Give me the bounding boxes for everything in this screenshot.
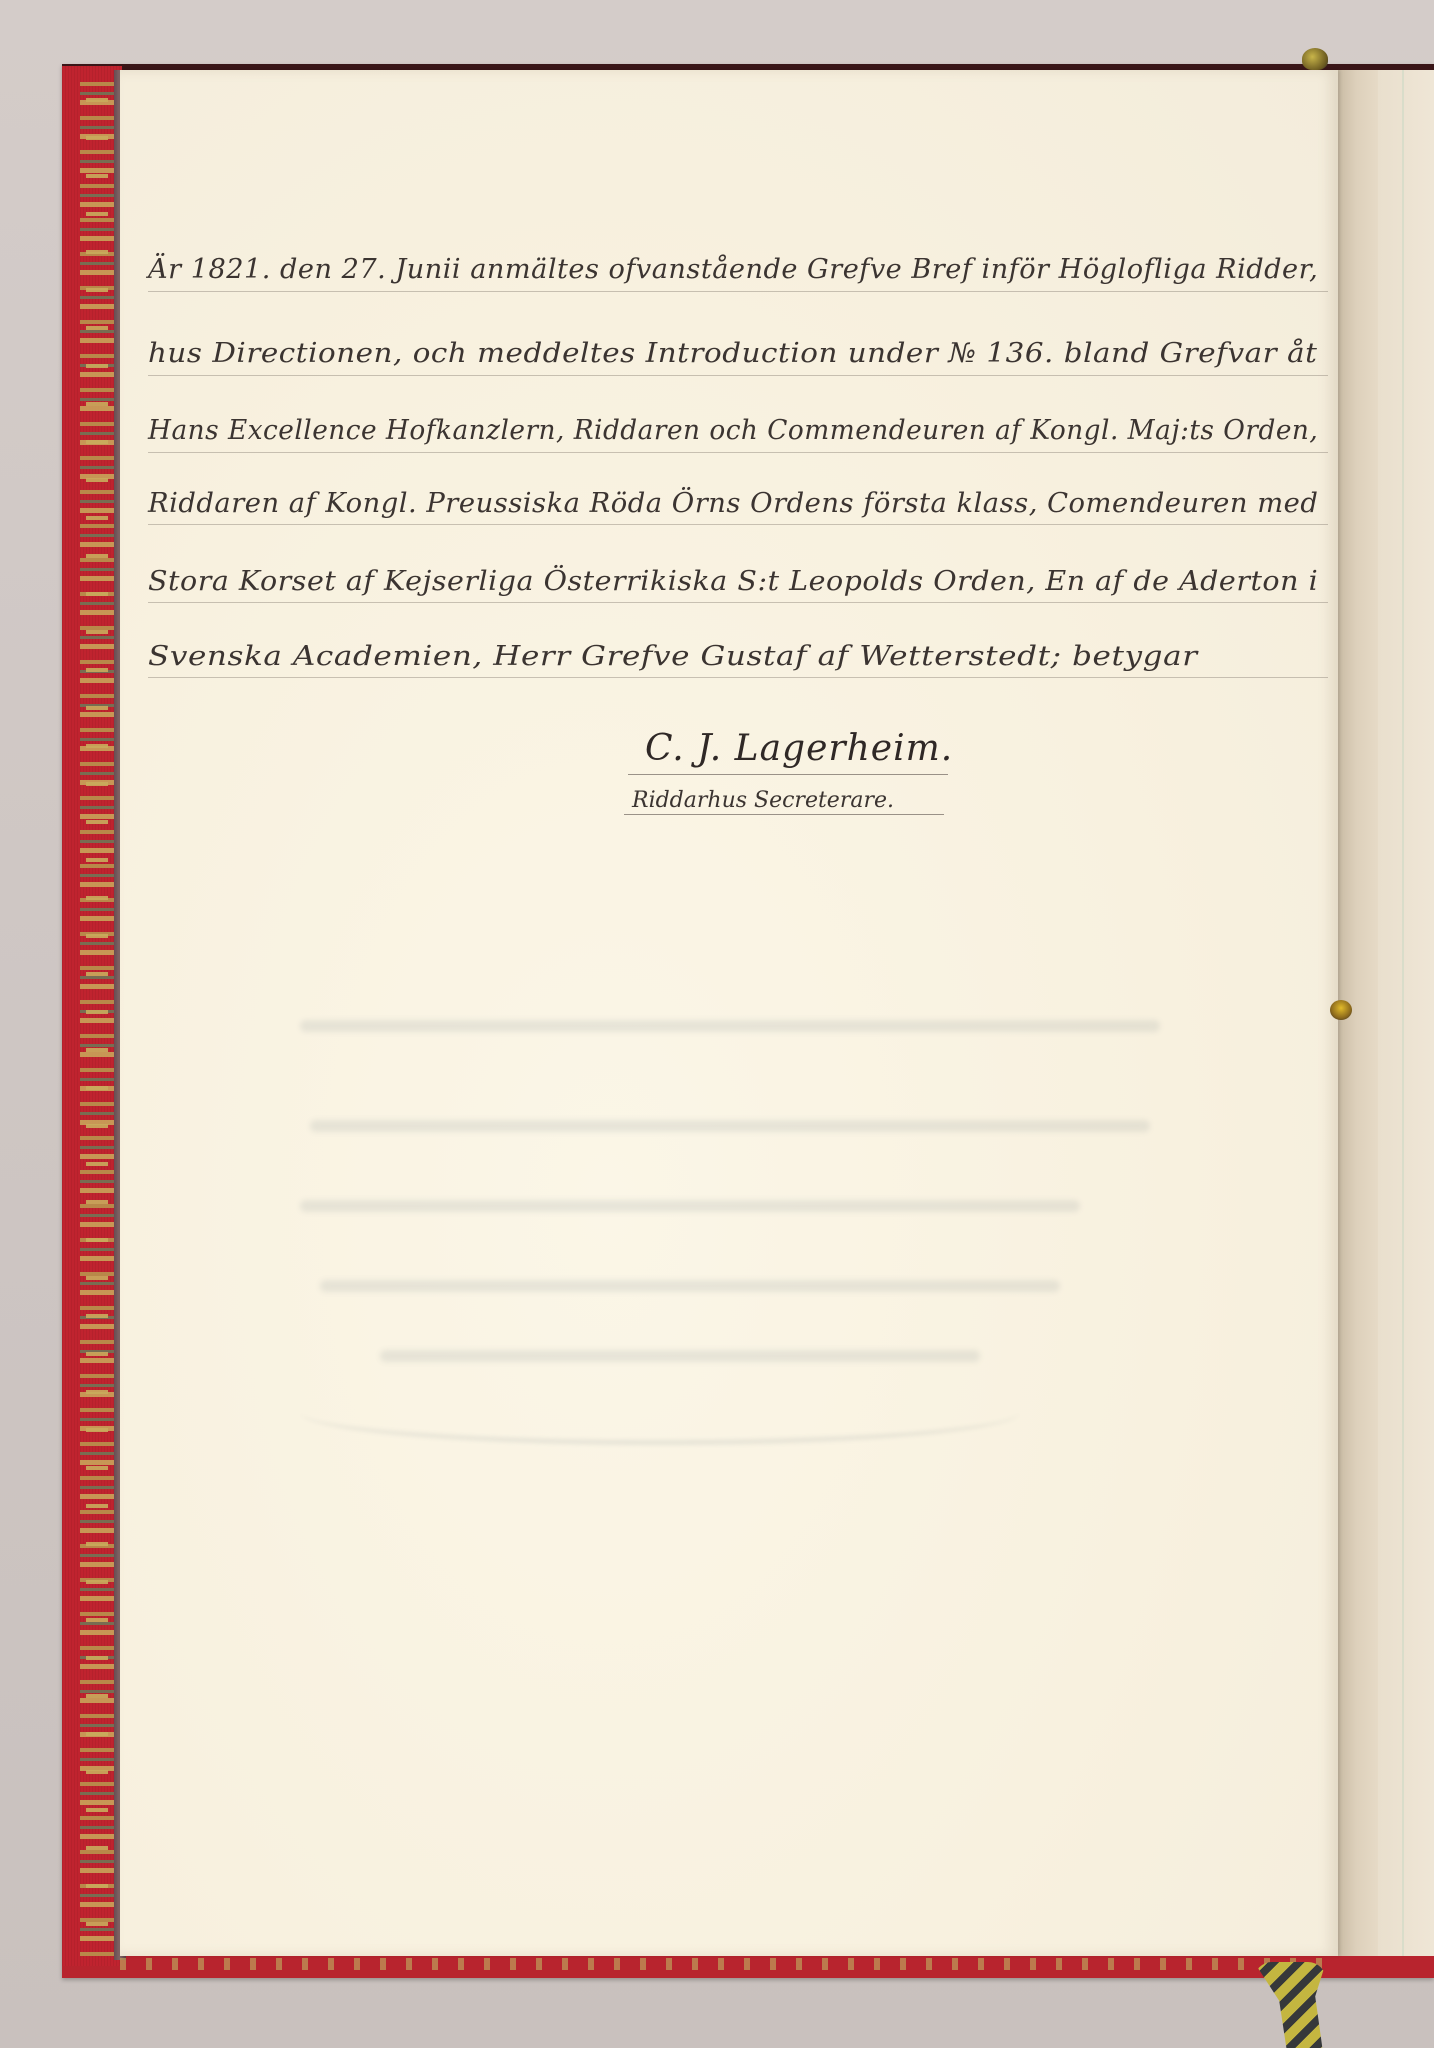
side-ribbon-tie-icon	[1330, 1000, 1352, 1020]
signature-underline	[628, 774, 948, 775]
right-page-rule	[1402, 70, 1404, 1956]
signature-name: C. J. Lagerheim.	[645, 728, 953, 769]
manuscript-line-6: Svenska Academien, Herr Grefve Gustaf af…	[148, 641, 1198, 672]
manuscript-line-5: Stora Korset af Kejserliga Österrikiska …	[148, 566, 1318, 597]
gilt-pattern-decoration	[86, 80, 108, 1956]
top-ribbon-tie-icon	[1302, 48, 1328, 70]
manuscript-line-2: hus Directionen, och meddeltes Introduct…	[148, 338, 1317, 369]
ruled-line	[148, 291, 1328, 292]
signature-title-underline	[624, 814, 944, 815]
signature-title: Riddarhus Secreterare.	[632, 788, 894, 813]
ruled-line	[148, 677, 1328, 678]
ruled-line	[148, 452, 1328, 453]
ruled-line	[148, 524, 1328, 525]
scan-background: Är 1821. den 27. Junii anmältes ofvanstå…	[0, 0, 1434, 2048]
manuscript-line-4: Riddaren af Kongl. Preussiska Röda Örns …	[148, 488, 1318, 519]
manuscript-line-3: Hans Excellence Hofkanzlern, Riddaren oc…	[148, 415, 1318, 446]
braided-tie-cord	[1254, 1962, 1326, 2048]
bottom-gilt-border	[110, 1958, 1334, 1970]
ruled-line	[148, 375, 1328, 376]
right-page-edge	[1378, 70, 1434, 1956]
ruled-line	[148, 602, 1328, 603]
manuscript-line-1: Är 1821. den 27. Junii anmältes ofvanstå…	[148, 254, 1318, 285]
